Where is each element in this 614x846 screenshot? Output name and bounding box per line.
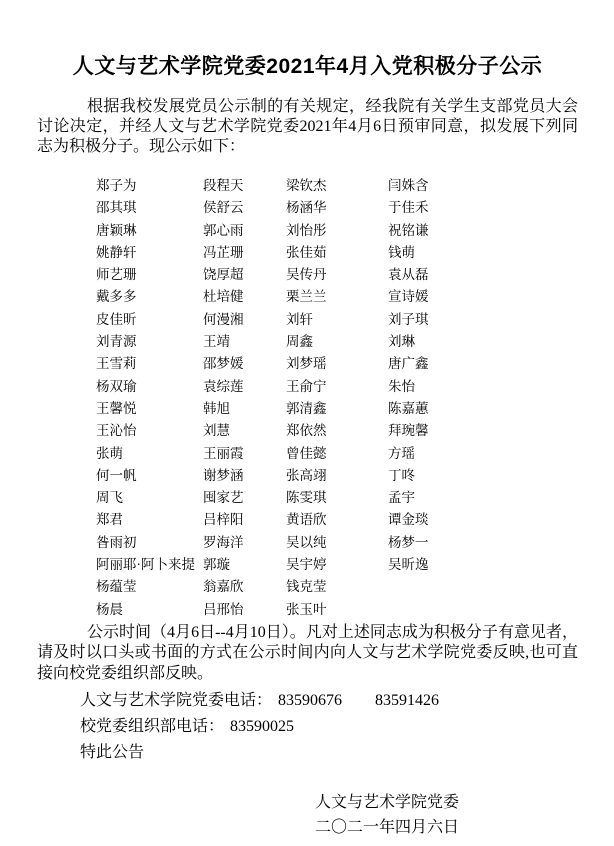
person-name: 饶厚超 bbox=[203, 264, 286, 286]
person-name: 冯芷珊 bbox=[203, 242, 286, 264]
person-name: 钱克莹 bbox=[286, 576, 388, 598]
person-name: 王雪莉 bbox=[96, 353, 203, 375]
contact-lines: 人文与艺术学院党委电话：8359067683591426校党委组织部电话：835… bbox=[37, 688, 578, 740]
person-name: 段程天 bbox=[203, 175, 286, 197]
contact-label: 校党委组织部电话： bbox=[80, 718, 224, 735]
person-name: 吴以纯 bbox=[286, 532, 388, 554]
person-name: 吴昕逸 bbox=[388, 554, 498, 576]
signature-block: 人文与艺术学院党委 二〇二一年四月六日 bbox=[315, 790, 578, 840]
person-name: 郑子为 bbox=[96, 175, 203, 197]
phone-number: 83591426 bbox=[375, 692, 439, 709]
person-name: 袁从磊 bbox=[388, 264, 498, 286]
person-name: 侯舒云 bbox=[203, 197, 286, 219]
person-name: 郑依然 bbox=[286, 420, 388, 442]
intro-paragraph: 根据我校发展党员公示制的有关规定，经我院有关学生支部党员大会讨论决定，并经人文与… bbox=[37, 97, 578, 157]
person-name: 郑君 bbox=[96, 509, 203, 531]
person-name: 拜琬馨 bbox=[388, 420, 498, 442]
person-name: 祝铭谦 bbox=[388, 220, 498, 242]
person-name: 吴传丹 bbox=[286, 264, 388, 286]
person-name: 杨涵华 bbox=[286, 197, 388, 219]
person-name: 陈嘉蕙 bbox=[388, 398, 498, 420]
names-table: 郑子为邵其琪唐颖琳姚静轩师艺珊戴多多皮佳昕刘青源王雪莉杨双瑜王馨悦王沁怡张萌何一… bbox=[96, 175, 578, 621]
phone-number: 83590025 bbox=[230, 718, 294, 735]
person-name: 韩旭 bbox=[203, 398, 286, 420]
name-column: 段程天侯舒云郭心雨冯芷珊饶厚超杜培健何漫湘王靖邵梦媛袁综莲韩旭刘慧王丽霞谢梦涵囤… bbox=[203, 175, 286, 621]
name-column: 郑子为邵其琪唐颖琳姚静轩师艺珊戴多多皮佳昕刘青源王雪莉杨双瑜王馨悦王沁怡张萌何一… bbox=[96, 175, 203, 621]
person-name: 闫姝含 bbox=[388, 175, 498, 197]
closing-line: 特此公告 bbox=[80, 740, 578, 766]
contact-label: 人文与艺术学院党委电话： bbox=[80, 692, 272, 709]
person-name: 钱萌 bbox=[388, 242, 498, 264]
person-name: 张佳茹 bbox=[286, 242, 388, 264]
person-name: 昝雨初 bbox=[96, 532, 203, 554]
person-name: 囤家艺 bbox=[203, 487, 286, 509]
person-name: 何漫湘 bbox=[203, 309, 286, 331]
person-name: 于佳禾 bbox=[388, 197, 498, 219]
person-name: 阿丽耶·阿卜来提 bbox=[96, 554, 203, 576]
person-name: 宣诗媛 bbox=[388, 286, 498, 308]
person-name: 郭心雨 bbox=[203, 220, 286, 242]
person-name: 黄语欣 bbox=[286, 509, 388, 531]
person-name: 皮佳昕 bbox=[96, 309, 203, 331]
person-name: 杨晨 bbox=[96, 599, 203, 621]
name-column: 闫姝含于佳禾祝铭谦钱萌袁从磊宣诗媛刘子琪刘琳唐广鑫朱怡陈嘉蕙拜琬馨方瑶丁咚孟宇谭… bbox=[388, 175, 498, 621]
page-title: 人文与艺术学院党委2021年4月入党积极分子公示 bbox=[37, 54, 578, 80]
person-name: 刘梦瑶 bbox=[286, 353, 388, 375]
person-name: 戴多多 bbox=[96, 286, 203, 308]
person-name: 唐广鑫 bbox=[388, 353, 498, 375]
name-column: 梁钦杰杨涵华刘怡彤张佳茹吴传丹栗兰兰刘轩周鑫刘梦瑶王俞宁郭清鑫郑依然曾佳懿张高翊… bbox=[286, 175, 388, 621]
person-name: 邵梦媛 bbox=[203, 353, 286, 375]
person-name: 方瑶 bbox=[388, 443, 498, 465]
person-name: 袁综莲 bbox=[203, 376, 286, 398]
person-name: 杨梦一 bbox=[388, 532, 498, 554]
person-name: 刘轩 bbox=[286, 309, 388, 331]
person-name: 郭璇 bbox=[203, 554, 286, 576]
signature-org: 人文与艺术学院党委 bbox=[315, 790, 578, 815]
person-name: 吕梓阳 bbox=[203, 509, 286, 531]
person-name: 师艺珊 bbox=[96, 264, 203, 286]
person-name: 唐颖琳 bbox=[96, 220, 203, 242]
person-name: 谢梦涵 bbox=[203, 465, 286, 487]
person-name: 孟宇 bbox=[388, 487, 498, 509]
person-name: 邵其琪 bbox=[96, 197, 203, 219]
person-name: 张玉叶 bbox=[286, 599, 388, 621]
person-name: 刘慧 bbox=[203, 420, 286, 442]
person-name: 刘怡彤 bbox=[286, 220, 388, 242]
person-name: 吴宇婷 bbox=[286, 554, 388, 576]
announcement-page: 人文与艺术学院党委2021年4月入党积极分子公示 根据我校发展党员公示制的有关规… bbox=[0, 0, 614, 846]
person-name: 王俞宁 bbox=[286, 376, 388, 398]
person-name: 曾佳懿 bbox=[286, 443, 388, 465]
person-name: 王靖 bbox=[203, 331, 286, 353]
person-name: 谭金琰 bbox=[388, 509, 498, 531]
person-name: 陈雯琪 bbox=[286, 487, 388, 509]
person-name: 罗海洋 bbox=[203, 532, 286, 554]
person-name: 郭清鑫 bbox=[286, 398, 388, 420]
person-name: 刘子琪 bbox=[388, 309, 498, 331]
person-name: 周鑫 bbox=[286, 331, 388, 353]
person-name: 杨双瑜 bbox=[96, 376, 203, 398]
person-name: 栗兰兰 bbox=[286, 286, 388, 308]
person-name: 姚静轩 bbox=[96, 242, 203, 264]
person-name: 杨蕴莹 bbox=[96, 576, 203, 598]
person-name: 刘青源 bbox=[96, 331, 203, 353]
signature-date: 二〇二一年四月六日 bbox=[315, 815, 578, 840]
person-name: 翁嘉欣 bbox=[203, 576, 286, 598]
person-name: 何一帆 bbox=[96, 465, 203, 487]
person-name: 刘琳 bbox=[388, 331, 498, 353]
person-name: 朱怡 bbox=[388, 376, 498, 398]
contact-line: 校党委组织部电话：83590025 bbox=[80, 714, 578, 740]
person-name: 王馨悦 bbox=[96, 398, 203, 420]
person-name: 张高翊 bbox=[286, 465, 388, 487]
person-name: 丁咚 bbox=[388, 465, 498, 487]
contact-line: 人文与艺术学院党委电话：8359067683591426 bbox=[80, 688, 578, 714]
person-name: 吕邢怡 bbox=[203, 599, 286, 621]
notice-paragraph: 公示时间（4月6日--4月10日）。凡对上述同志成为积极分子有意见者，请及时以口… bbox=[37, 623, 578, 685]
person-name: 张萌 bbox=[96, 443, 203, 465]
person-name: 周飞 bbox=[96, 487, 203, 509]
person-name: 王丽霞 bbox=[203, 443, 286, 465]
person-name: 杜培健 bbox=[203, 286, 286, 308]
phone-number: 83590676 bbox=[278, 692, 342, 709]
person-name: 梁钦杰 bbox=[286, 175, 388, 197]
person-name: 王沁怡 bbox=[96, 420, 203, 442]
